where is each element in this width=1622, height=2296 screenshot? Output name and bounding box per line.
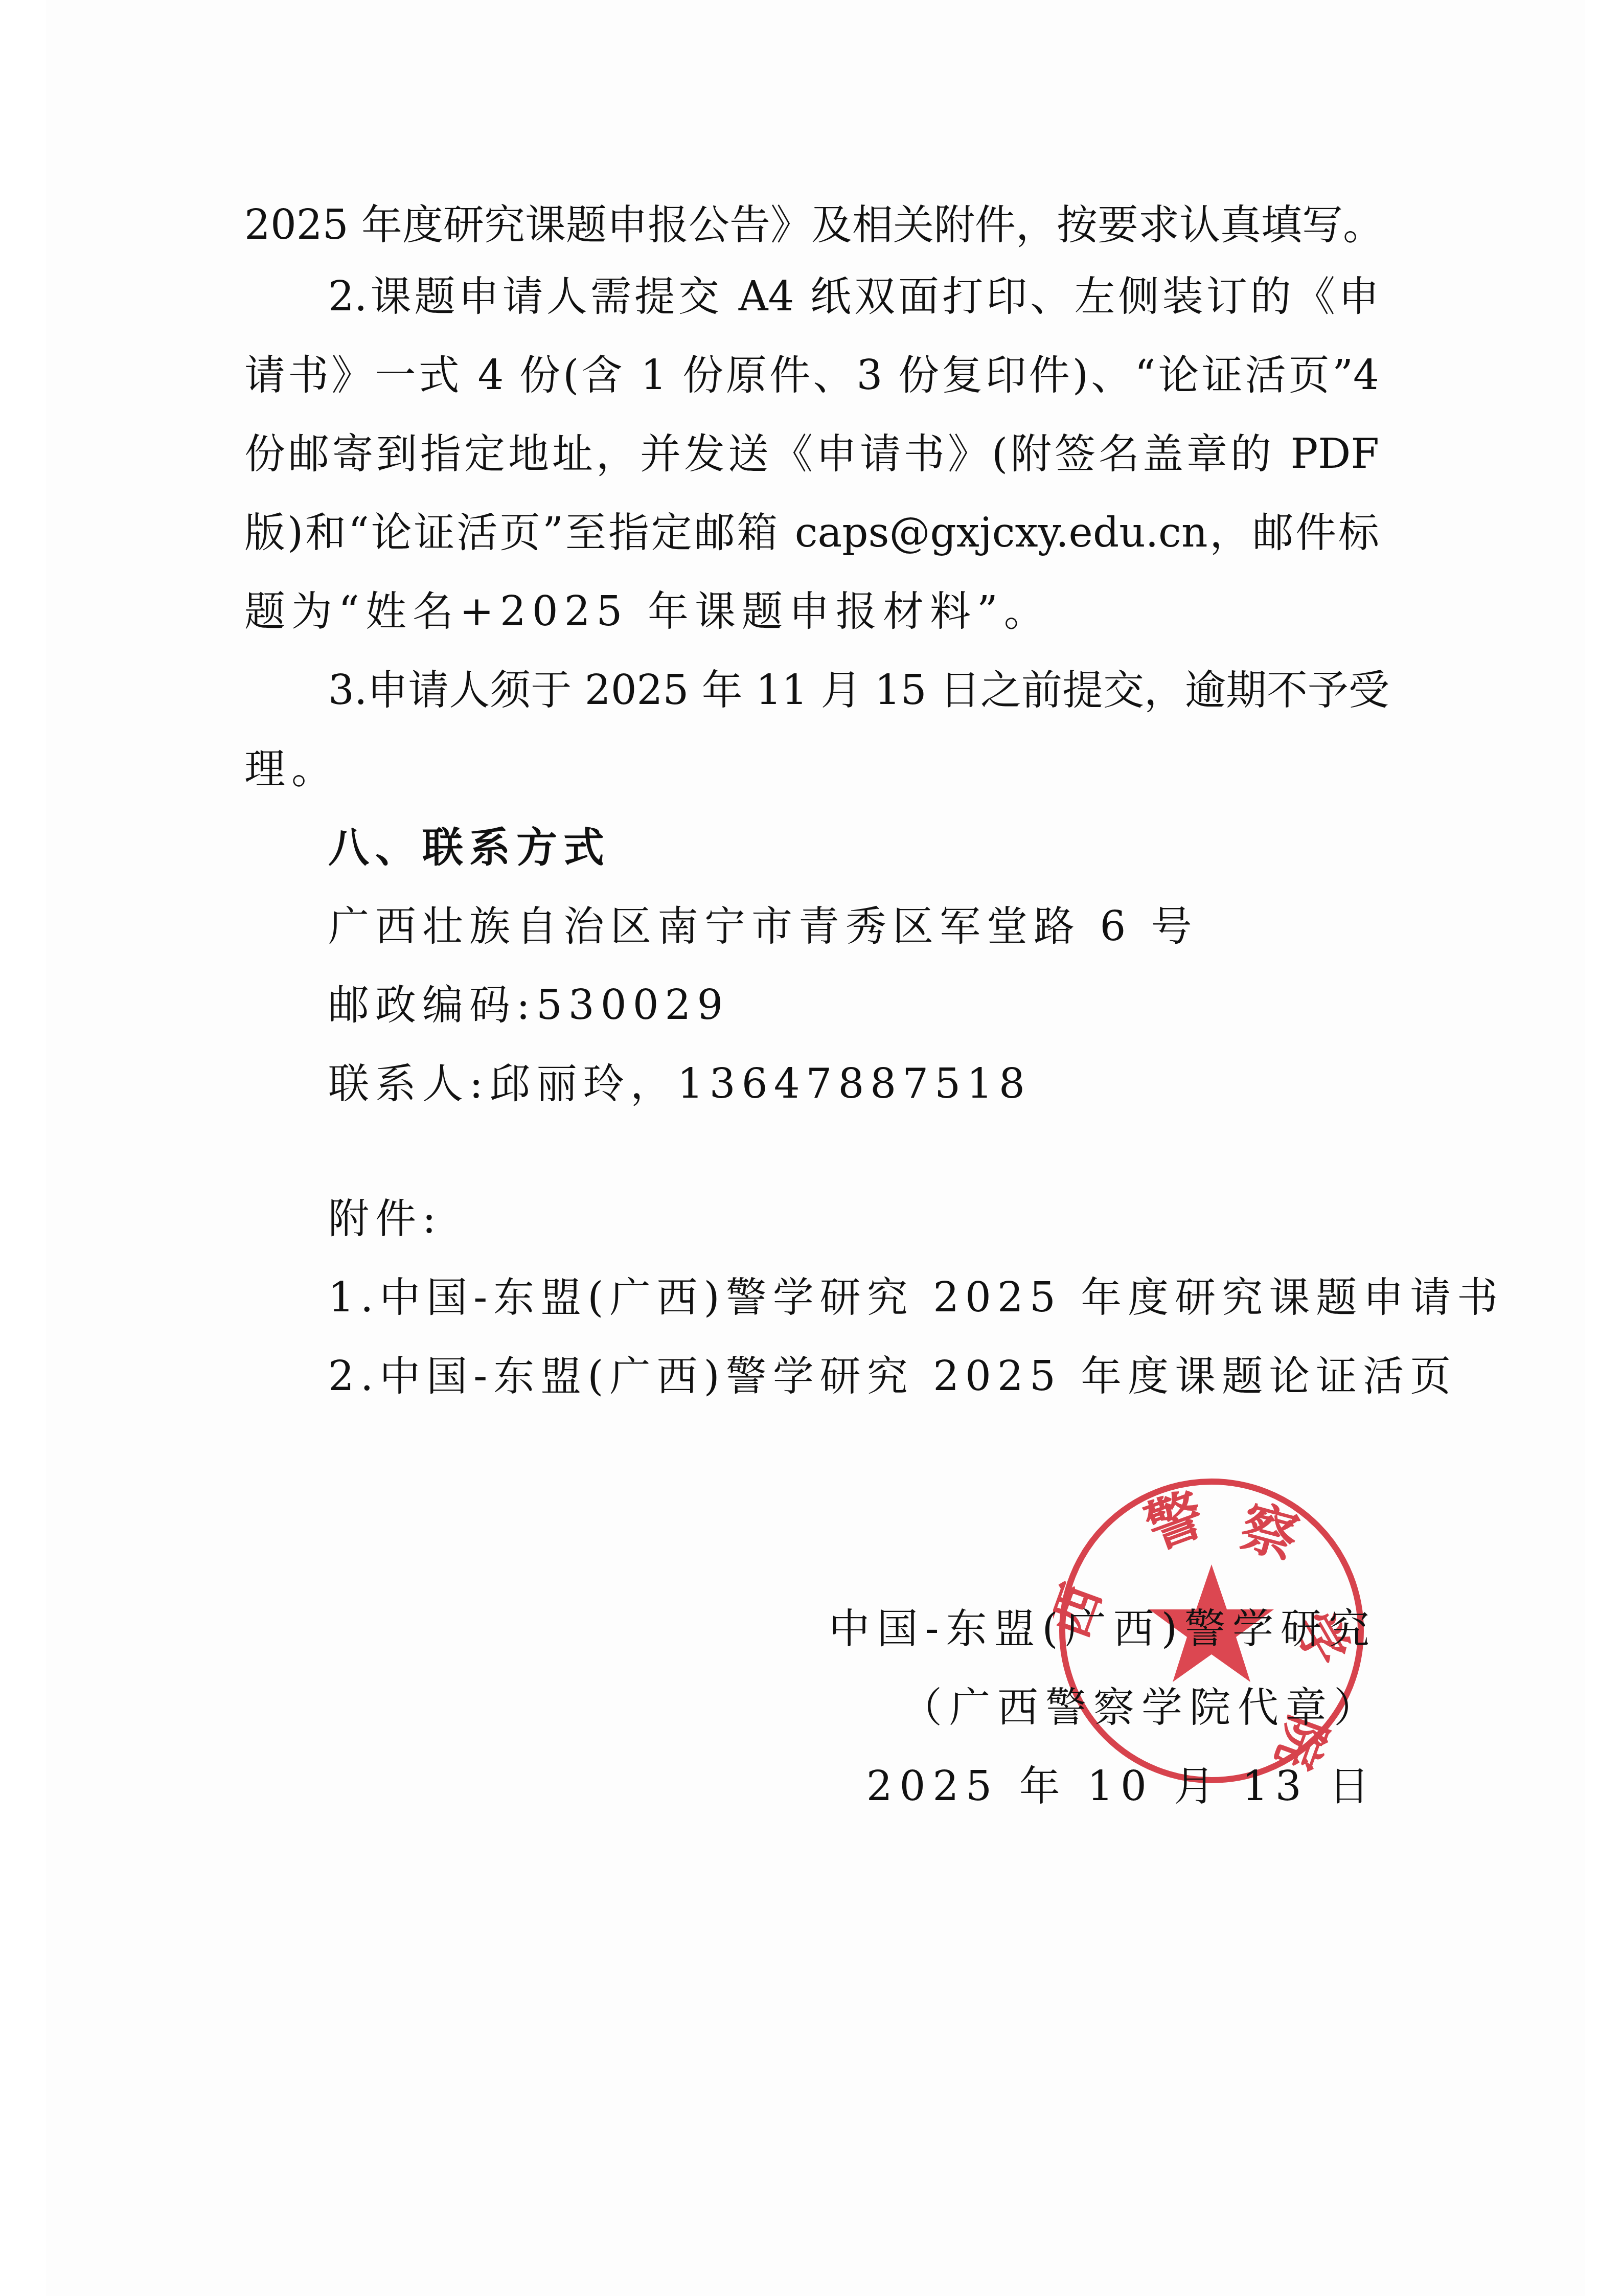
attachment-item-2: 2.中国-东盟(广西)警学研究 2025 年度课题论证活页 [328,1351,1457,1402]
paragraph-2-line-2: 请书》一式 4 份(含 1 份原件、3 份复印件)、“论证活页”4 [244,350,1379,401]
paragraph-3-line-2: 理。 [244,743,338,794]
contact-postal-code: 邮政编码:530029 [328,980,729,1031]
signature-stamp-note: （广西警察学院代章） [901,1682,1382,1733]
paragraph-2-line-4: 版)和“论证活页”至指定邮箱 caps@gxjcxy.edu.cn，邮件标 [244,507,1379,558]
paragraph-2-line-3: 份邮寄到指定地址，并发送《申请书》(附签名盖章的 PDF [244,428,1379,480]
signature-date: 2025 年 10 月 13 日 [866,1761,1377,1812]
attachment-item-1: 1.中国-东盟(广西)警学研究 2025 年度研究课题申请书 [328,1272,1504,1323]
page-background [46,0,1585,2296]
contact-heading: 八、联系方式 [328,822,610,873]
stamp-char-cha: 察 [1233,1493,1305,1572]
contact-address: 广西壮族自治区南宁市青秀区军堂路 6 号 [328,901,1198,952]
paragraph-2-line-5: 题为“姓名+2025 年课题申报材料”。 [244,586,1051,637]
paragraph-1-line-1: 2025 年度研究课题申报公告》及相关附件，按要求认真填写。 [244,199,1379,251]
attachments-label: 附件: [328,1193,442,1244]
contact-person: 联系人:邱丽玲，13647887518 [328,1058,1031,1109]
paragraph-2-line-1: 2.课题申请人需提交 A4 纸双面打印、左侧装订的《申 [328,271,1379,322]
paragraph-3-line-1: 3.申请人须于 2025 年 11 月 15 日之前提交，逾期不予受 [328,665,1379,716]
signature-organization: 中国-东盟(广西)警学研究 [829,1603,1377,1654]
